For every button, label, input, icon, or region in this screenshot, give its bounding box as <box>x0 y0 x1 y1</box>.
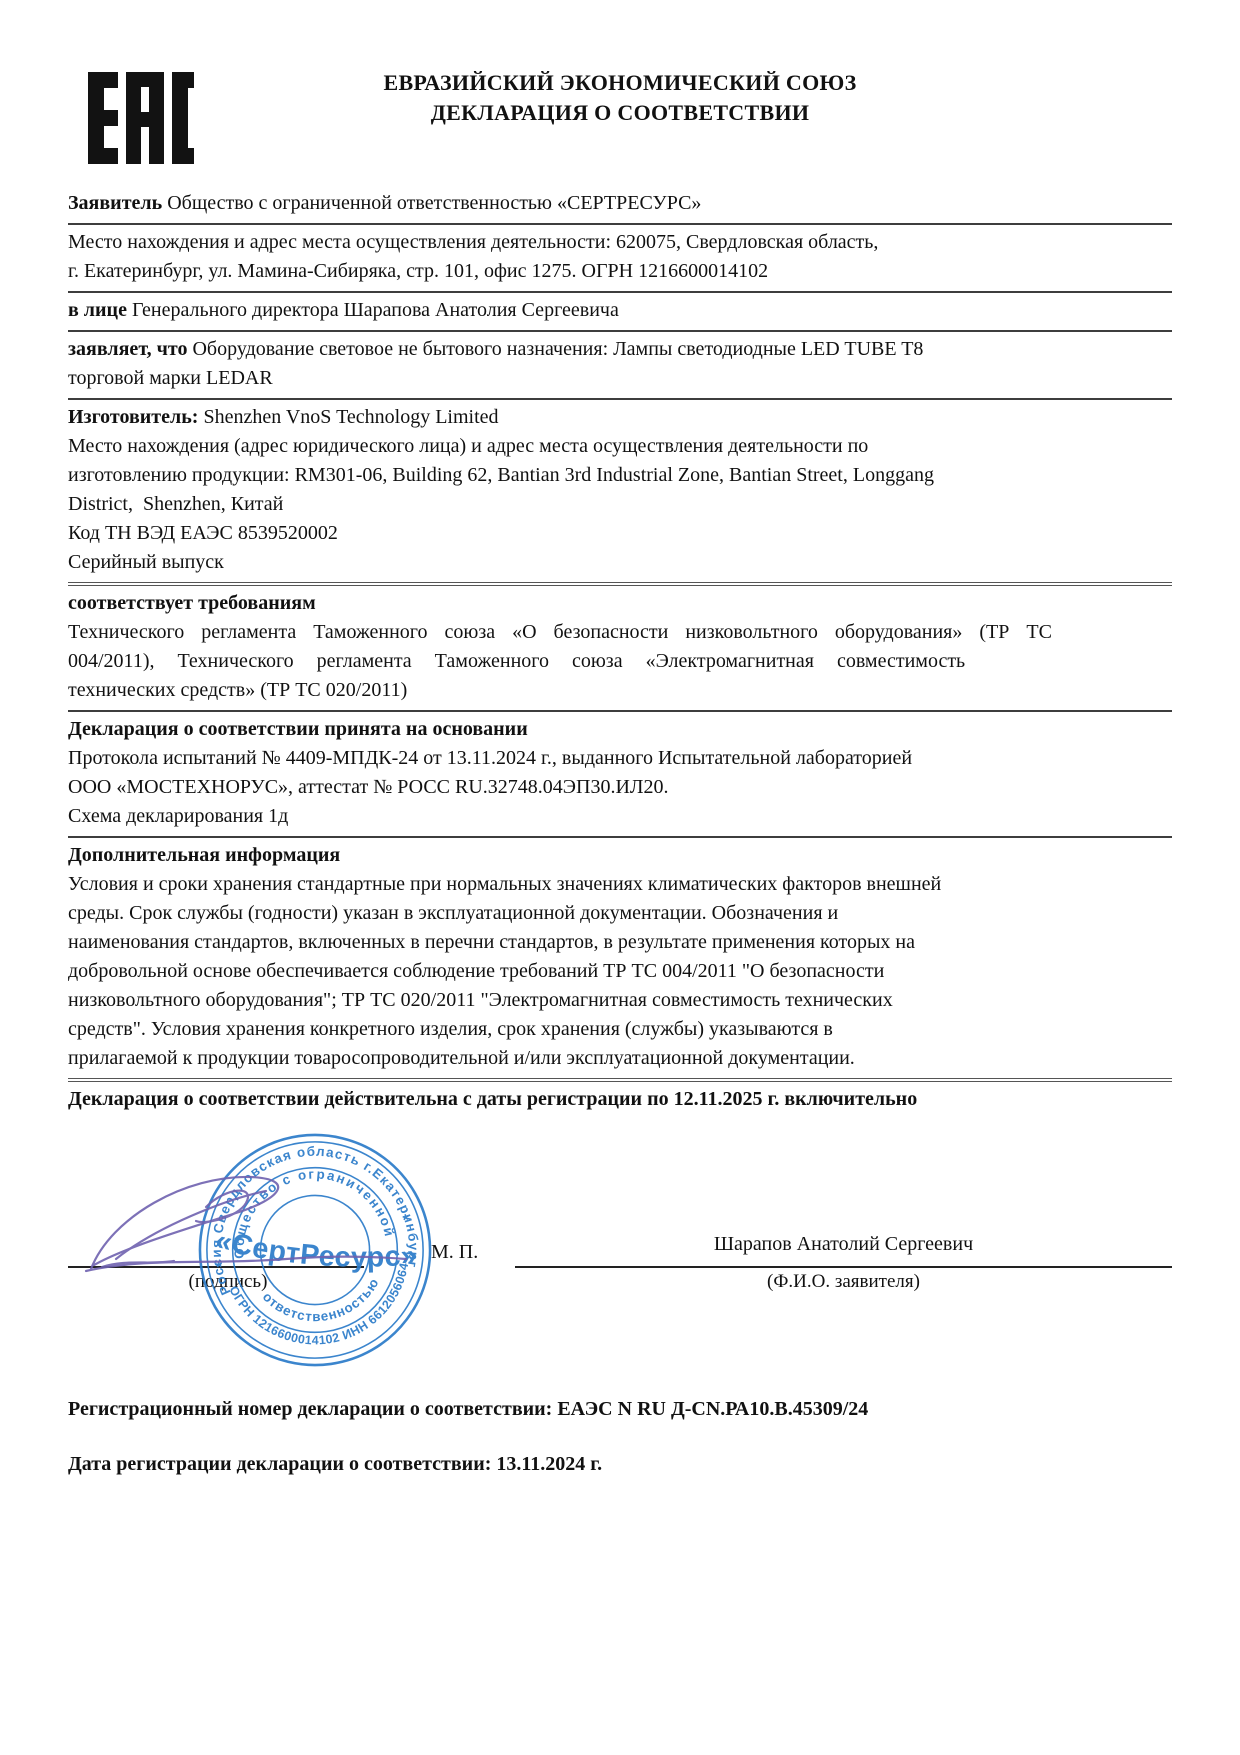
conforms-label: соответствует требованиям <box>68 589 1172 618</box>
title-line-2: ДЕКЛАРАЦИЯ О СООТВЕТСТВИИ <box>68 98 1172 128</box>
document-title: ЕВРАЗИЙСКИЙ ЭКОНОМИЧЕСКИЙ СОЮЗ ДЕКЛАРАЦИ… <box>68 58 1172 128</box>
applicant-label: Заявитель <box>68 192 162 214</box>
row-represented-by: в лице Генерального директора Шарапова А… <box>68 293 1172 332</box>
title-line-1: ЕВРАЗИЙСКИЙ ЭКОНОМИЧЕСКИЙ СОЮЗ <box>68 68 1172 98</box>
represented-by-label: в лице <box>68 299 127 321</box>
applicant-fio-name: Шарапов Анатолий Сергеевич <box>515 1233 1172 1256</box>
declares-label: заявляет, что <box>68 338 187 360</box>
signature-section: (подпись) М. П. Шарапов Анатолий Сергеев… <box>68 1119 1172 1389</box>
registration-block: Регистрационный номер декларации о соотв… <box>68 1395 1172 1479</box>
conforms-line-2: 004/2011), Технического регламента Тамож… <box>68 647 1172 676</box>
handwritten-signature <box>56 1147 418 1352</box>
declares-product-text: Оборудование световое не бытового назнач… <box>68 338 923 389</box>
registration-date-line: Дата регистрации декларации о соответств… <box>68 1450 1172 1479</box>
eac-logo-icon <box>88 72 194 164</box>
conforms-line-1: Технического регламента Таможенного союз… <box>68 618 1172 647</box>
manufacturer-label: Изготовитель: <box>68 406 198 428</box>
document-header: ЕВРАЗИЙСКИЙ ЭКОНОМИЧЕСКИЙ СОЮЗ ДЕКЛАРАЦИ… <box>68 58 1172 186</box>
declaration-document: ЕВРАЗИЙСКИЙ ЭКОНОМИЧЕСКИЙ СОЮЗ ДЕКЛАРАЦИ… <box>0 0 1240 1755</box>
row-validity: Декларация о соответствии действительна … <box>68 1082 1172 1119</box>
basis-text: Протокола испытаний № 4409-МПДК-24 от 13… <box>68 744 1172 831</box>
row-applicant: Заявитель Общество с ограниченной ответс… <box>68 186 1172 225</box>
basis-label: Декларация о соответствии принята на осн… <box>68 715 1172 744</box>
manufacturer-address-text: Место нахождения (адрес юридического лиц… <box>68 432 1172 577</box>
manufacturer-line: Изготовитель: Shenzhen VnoS Technology L… <box>68 403 1172 432</box>
registration-number-line: Регистрационный номер декларации о соотв… <box>68 1395 1172 1424</box>
row-applicant-address: Место нахождения и адрес места осуществл… <box>68 225 1172 293</box>
represented-by-value: Генерального директора Шарапова Анатолия… <box>132 299 619 321</box>
applicant-address-text: Место нахождения и адрес места осуществл… <box>68 228 1172 286</box>
row-additional-info: Дополнительная информация Условия и срок… <box>68 838 1172 1082</box>
row-declares: заявляет, что Оборудование световое не б… <box>68 332 1172 400</box>
fio-caption: (Ф.И.О. заявителя) <box>515 1271 1172 1293</box>
fio-line <box>515 1266 1172 1268</box>
row-manufacturer: Изготовитель: Shenzhen VnoS Technology L… <box>68 400 1172 586</box>
additional-info-text: Условия и сроки хранения стандартные при… <box>68 870 1172 1073</box>
applicant-value: Общество с ограниченной ответственностью… <box>167 192 701 214</box>
manufacturer-name: Shenzhen VnoS Technology Limited <box>203 406 498 428</box>
stamp-place-label: М. П. <box>431 1241 478 1264</box>
row-basis: Декларация о соответствии принята на осн… <box>68 712 1172 838</box>
additional-info-label: Дополнительная информация <box>68 841 1172 870</box>
conforms-line-3: технических средств» (ТР ТС 020/2011) <box>68 676 1172 705</box>
row-conforms: соответствует требованиям Технического р… <box>68 586 1172 712</box>
